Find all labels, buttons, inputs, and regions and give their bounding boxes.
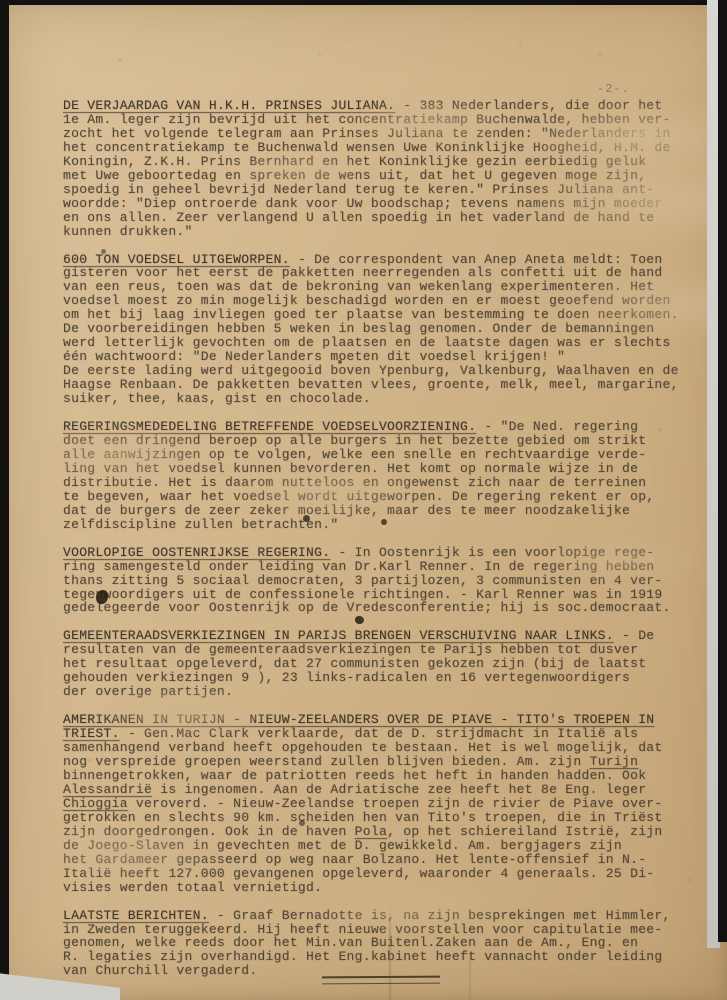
- document-body: DE VERJAARDAG VAN H.K.H. PRINSES JULIANA…: [63, 99, 711, 992]
- ink-spot: [355, 616, 364, 624]
- paragraph-text: - Gen.Mac Clark verklaarde, dat de D. st…: [63, 726, 663, 769]
- paragraph-text: - De correspondent van Anep Aneta meldt:…: [63, 252, 679, 407]
- paragraph-text: - "De Ned. regering doet een dringend be…: [63, 419, 654, 532]
- ink-spot: [381, 519, 387, 525]
- paragraph-heading: LAATSTE BERICHTEN.: [63, 908, 209, 923]
- paragraph-text: - 383 Nederlanders, die door het 1e Am. …: [63, 98, 671, 239]
- paragraph: DE VERJAARDAG VAN H.K.H. PRINSES JULIANA…: [63, 99, 711, 239]
- paragraph: VOORLOPIGE OOSTENRIJKSE REGERING. - In O…: [63, 546, 711, 616]
- paragraph-text: binnengetrokken, waar de patriotten reed…: [63, 768, 646, 783]
- paragraph-text: is ingenomen. Aan de Adriatische zee hee…: [152, 782, 646, 797]
- paragraph-heading: VOORLOPIGE OOSTENRIJKSE REGERING.: [63, 545, 330, 560]
- paragraph-heading: DE VERJAARDAG VAN H.K.H. PRINSES JULIANA…: [63, 98, 395, 113]
- paragraph: REGERINGSMEDEDELING BETREFFENDE VOEDSELV…: [63, 420, 711, 532]
- paragraph-heading: GEMEENTERAADSVERKIEZINGEN IN PARIJS BREN…: [63, 628, 614, 643]
- page-number: -2-.: [597, 82, 630, 96]
- underlined-term: Chioggia: [63, 796, 128, 811]
- paragraph: 600 TON VOEDSEL UITGEWORPEN. - De corres…: [63, 253, 711, 406]
- ink-spot: [299, 820, 305, 826]
- ink-spot: [101, 249, 106, 254]
- typed-divider: [322, 976, 440, 985]
- underlined-term: Alessandrië: [63, 782, 152, 797]
- ink-spot: [338, 360, 342, 364]
- scanned-page: -2-. DE VERJAARDAG VAN H.K.H. PRINSES JU…: [0, 0, 727, 1000]
- paragraph-heading: REGERINGSMEDEDELING BETREFFENDE VOEDSELV…: [63, 419, 476, 434]
- scan-edge-right: [718, 0, 727, 942]
- underlined-term: Turijn: [590, 754, 639, 769]
- paragraph-heading: 600 TON VOEDSEL UITGEWORPEN.: [63, 252, 290, 267]
- fold-crease: [389, 898, 391, 1000]
- scan-edge-top: [0, 0, 727, 5]
- fold-crease: [469, 948, 471, 1000]
- underlined-term: Pola: [355, 824, 387, 839]
- ink-spot: [303, 515, 310, 522]
- paragraph: AMERIKANEN IN TURIJN - NIEUW-ZEELANDERS …: [63, 713, 711, 894]
- paragraph: GEMEENTERAADSVERKIEZINGEN IN PARIJS BREN…: [63, 629, 711, 699]
- scan-edge-left: [0, 0, 9, 976]
- paragraph: LAATSTE BERICHTEN. - Graaf Bernadotte is…: [63, 909, 711, 979]
